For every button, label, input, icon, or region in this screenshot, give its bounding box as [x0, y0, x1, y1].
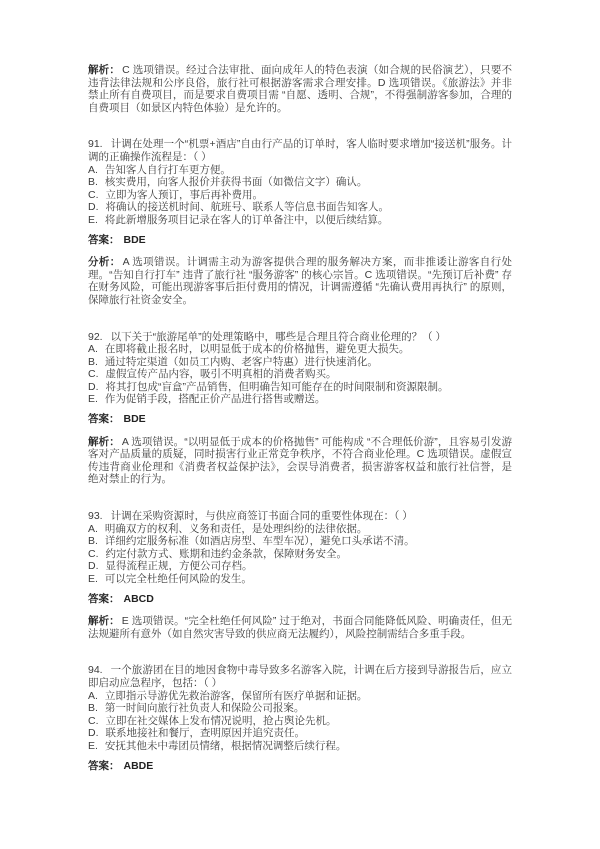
answer-label: 答案：	[88, 413, 120, 425]
answer-line: 答案：ABDE	[88, 760, 512, 773]
option-a: A.在即将截止报名时，以明显低于成本的价格抛售，避免更大损失。	[88, 343, 512, 356]
analysis-text: A 选项错误。计调需主动为游客提供合理的服务解决方案，而非推诿让游客自行处理。“…	[88, 256, 512, 306]
option-label: B.	[88, 535, 98, 547]
option-text: 约定付款方式、账期和违约金条款，保障财务安全。	[106, 548, 348, 560]
option-text: 将其打包成“盲盒”产品销售，但明确告知可能存在的时间限制和资源限制。	[106, 381, 449, 393]
option-label: D.	[88, 727, 99, 739]
option-text: 立即指示导游优先救治游客，保留所有医疗单据和证据。	[105, 690, 368, 702]
option-d: D.将其打包成“盲盒”产品销售，但明确告知可能存在的时间限制和资源限制。	[88, 381, 512, 394]
document-page: 解析：C 选项错误。经过合法审批、面向成年人的特色表演（如合规的民俗演艺），只要…	[0, 0, 600, 849]
option-b: B.核实费用，向客人报价并获得书面（如微信文字）确认。	[88, 176, 512, 189]
option-c: C.虚假宣传产品内容，吸引不明真相的消费者购买。	[88, 368, 512, 381]
question-91: 91.计调在处理一个“机票+酒店”自由行产品的订单时，客人临时要求增加“接送机”…	[88, 138, 512, 306]
option-e: E.作为促销手段，搭配正价产品进行搭售或赠送。	[88, 393, 512, 406]
option-a: A.明确双方的权利、义务和责任，是处理纠纷的法律依据。	[88, 523, 512, 536]
option-label: C.	[88, 715, 99, 727]
option-label: A.	[88, 523, 98, 535]
carryover-analysis-paragraph: 解析：C 选项错误。经过合法审批、面向成年人的特色表演（如合规的民俗演艺），只要…	[88, 64, 512, 114]
option-d: D.显得流程正规，方便公司存档。	[88, 560, 512, 573]
analysis-text: E 选项错误。“完全杜绝任何风险” 过于绝对，书面合同能降低风险、明确责任，但无…	[88, 615, 512, 640]
option-text: 安抚其他未中毒团员情绪，根据情况调整后续行程。	[105, 740, 347, 752]
question-text: 以下关于“旅游尾单”的处理策略中，哪些是合理且符合商业伦理的？（ ）	[111, 331, 446, 343]
option-c: C.立即为客人预订，事后再补费用。	[88, 189, 512, 202]
option-text: 将此新增服务项目记录在客人的订单备注中，以便后续结算。	[105, 214, 389, 226]
question-stem: 91.计调在处理一个“机票+酒店”自由行产品的订单时，客人临时要求增加“接送机”…	[88, 138, 512, 163]
question-number: 94.	[88, 664, 103, 676]
option-label: E.	[88, 393, 98, 405]
option-label: B.	[88, 702, 98, 714]
option-label: A.	[88, 690, 98, 702]
option-b: B.通过特定渠道（如员工内购、老客户特惠）进行快速消化。	[88, 356, 512, 369]
option-text: 告知客人自行打车更方便。	[105, 164, 231, 176]
answer-label: 答案：	[88, 593, 120, 605]
option-label: D.	[88, 381, 99, 393]
option-label: C.	[88, 368, 99, 380]
question-stem: 94.一个旅游团在目的地因食物中毒导致多名游客入院，计调在后方接到导游报告后，应…	[88, 664, 512, 689]
option-b: B.第一时间向旅行社负责人和保险公司报案。	[88, 702, 512, 715]
option-b: B.详细约定服务标准（如酒店房型、车型车况），避免口头承诺不清。	[88, 535, 512, 548]
answer-label: 答案：	[88, 234, 120, 246]
option-text: 立即在社交媒体上发布情况说明，抢占舆论先机。	[106, 715, 337, 727]
option-text: 通过特定渠道（如员工内购、老客户特惠）进行快速消化。	[105, 356, 378, 368]
option-label: D.	[88, 201, 99, 213]
analysis-paragraph: 分析：A 选项错误。计调需主动为游客提供合理的服务解决方案，而非推诿让游客自行处…	[88, 256, 512, 306]
option-text: 联系地接社和餐厅，查明原因并追究责任。	[106, 727, 306, 739]
option-label: E.	[88, 214, 98, 226]
answer-line: 答案：ABCD	[88, 593, 512, 606]
analysis-paragraph: 解析：A 选项错误。“以明显低于成本的价格抛售” 可能构成 “不合理低价游”，且…	[88, 436, 512, 486]
question-92: 92.以下关于“旅游尾单”的处理策略中，哪些是合理且符合商业伦理的？（ ） A.…	[88, 331, 512, 487]
option-label: B.	[88, 356, 98, 368]
option-text: 立即为客人预订，事后再补费用。	[106, 189, 264, 201]
option-label: E.	[88, 740, 98, 752]
question-number: 91.	[88, 138, 103, 150]
question-94: 94.一个旅游团在目的地因食物中毒导致多名游客入院，计调在后方接到导游报告后，应…	[88, 664, 512, 772]
option-label: A.	[88, 164, 98, 176]
option-c: C.约定付款方式、账期和违约金条款，保障财务安全。	[88, 548, 512, 561]
answer-line: 答案：BDE	[88, 234, 512, 247]
question-text: 计调在采购资源时，与供应商签订书面合同的重要性体现在：（ ）	[111, 510, 413, 522]
option-label: A.	[88, 343, 98, 355]
answer-value: BDE	[124, 234, 146, 246]
answer-value: ABDE	[124, 760, 154, 772]
option-e: E.可以完全杜绝任何风险的发生。	[88, 573, 512, 586]
option-text: 虚假宣传产品内容，吸引不明真相的消费者购买。	[106, 368, 337, 380]
option-text: 可以完全杜绝任何风险的发生。	[105, 573, 252, 585]
option-label: C.	[88, 548, 99, 560]
answer-line: 答案：BDE	[88, 413, 512, 426]
option-e: E.将此新增服务项目记录在客人的订单备注中，以便后续结算。	[88, 214, 512, 227]
option-d: D.联系地接社和餐厅，查明原因并追究责任。	[88, 727, 512, 740]
analysis-text: A 选项错误。“以明显低于成本的价格抛售” 可能构成 “不合理低价游”，且容易引…	[88, 436, 512, 486]
question-number: 93.	[88, 510, 103, 522]
analysis-label: 解析：	[88, 436, 120, 448]
answer-value: ABCD	[124, 593, 154, 605]
question-stem: 92.以下关于“旅游尾单”的处理策略中，哪些是合理且符合商业伦理的？（ ）	[88, 331, 512, 344]
option-text: 显得流程正规，方便公司存档。	[106, 560, 253, 572]
analysis-text: C 选项错误。经过合法审批、面向成年人的特色表演（如合规的民俗演艺），只要不违背…	[88, 64, 512, 114]
option-text: 在即将截止报名时，以明显低于成本的价格抛售，避免更大损失。	[105, 343, 410, 355]
option-label: E.	[88, 573, 98, 585]
question-number: 92.	[88, 331, 103, 343]
option-text: 明确双方的权利、义务和责任，是处理纠纷的法律依据。	[105, 523, 368, 535]
answer-label: 答案：	[88, 760, 120, 772]
analysis-label: 分析：	[88, 256, 121, 268]
option-label: C.	[88, 189, 99, 201]
question-stem: 93.计调在采购资源时，与供应商签订书面合同的重要性体现在：（ ）	[88, 510, 512, 523]
option-a: A.立即指示导游优先救治游客，保留所有医疗单据和证据。	[88, 690, 512, 703]
option-label: D.	[88, 560, 99, 572]
option-label: B.	[88, 176, 98, 188]
option-text: 作为促销手段，搭配正价产品进行搭售或赠送。	[105, 393, 326, 405]
question-text: 一个旅游团在目的地因食物中毒导致多名游客入院，计调在后方接到导游报告后，应立即启…	[88, 664, 512, 689]
option-text: 核实费用，向客人报价并获得书面（如微信文字）确认。	[105, 176, 368, 188]
answer-value: BDE	[124, 413, 146, 425]
option-c: C.立即在社交媒体上发布情况说明，抢占舆论先机。	[88, 715, 512, 728]
option-text: 第一时间向旅行社负责人和保险公司报案。	[105, 702, 305, 714]
analysis-label: 解析：	[88, 64, 120, 76]
question-text: 计调在处理一个“机票+酒店”自由行产品的订单时，客人临时要求增加“接送机”服务。…	[88, 138, 512, 163]
option-e: E.安抚其他未中毒团员情绪，根据情况调整后续行程。	[88, 740, 512, 753]
option-d: D.将确认的接送机时间、航班号、联系人等信息书面告知客人。	[88, 201, 512, 214]
option-a: A.告知客人自行打车更方便。	[88, 164, 512, 177]
option-text: 详细约定服务标准（如酒店房型、车型车况），避免口头承诺不清。	[105, 535, 415, 547]
option-text: 将确认的接送机时间、航班号、联系人等信息书面告知客人。	[106, 201, 390, 213]
analysis-label: 解析：	[88, 615, 120, 627]
question-93: 93.计调在采购资源时，与供应商签订书面合同的重要性体现在：（ ） A.明确双方…	[88, 510, 512, 640]
analysis-paragraph: 解析：E 选项错误。“完全杜绝任何风险” 过于绝对，书面合同能降低风险、明确责任…	[88, 615, 512, 640]
